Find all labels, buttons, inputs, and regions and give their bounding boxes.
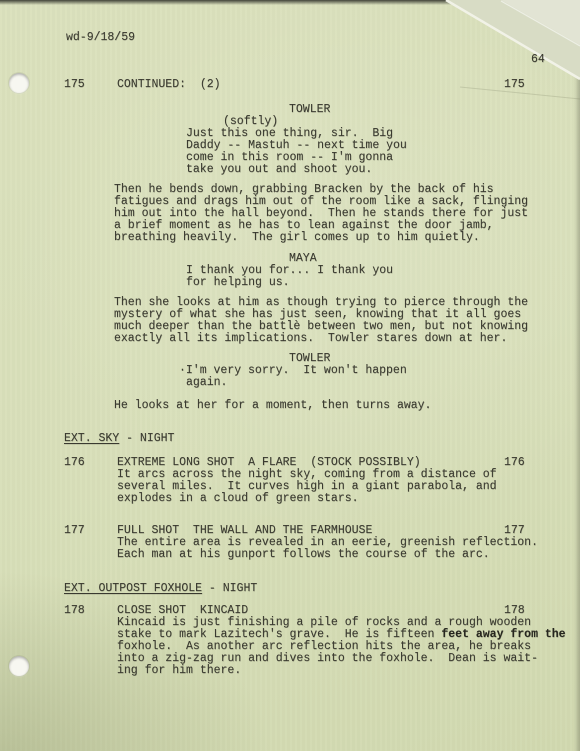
shot-description-line: ing for him there. xyxy=(117,665,241,677)
scene-heading-rest: - NIGHT xyxy=(119,432,174,445)
page-corner-fold xyxy=(0,0,580,120)
scene-number-left: 176 xyxy=(64,457,85,469)
action-line: He looks at her for a moment, then turns… xyxy=(114,400,431,412)
scene-heading-sky: EXT. SKY - NIGHT xyxy=(64,433,174,445)
continued-scene-number-left: 175 xyxy=(64,79,85,91)
shot-description-line: Each man at his gunport follows the cour… xyxy=(117,549,490,561)
action-line: exactly all its implications. Towler sta… xyxy=(114,333,507,345)
shot-description-line: explodes in a cloud of green stars. xyxy=(117,493,359,505)
script-page: wd-9/18/59 64 175 CONTINUED: (2) 175 TOW… xyxy=(0,0,580,751)
scene-heading-underlined: EXT. SKY xyxy=(64,432,119,445)
action-line: breathing heavily. The girl comes up to … xyxy=(114,232,480,244)
dialogue-line: take you out and shoot you. xyxy=(186,164,372,176)
dialogue-line: for helping us. xyxy=(186,277,290,289)
page-number: 64 xyxy=(531,54,545,66)
scene-number-left: 177 xyxy=(64,525,85,537)
character-name: TOWLER xyxy=(289,104,330,116)
scene-heading-underlined: EXT. OUTPOST FOXHOLE xyxy=(64,582,202,595)
continued-scene-number-right: 175 xyxy=(504,79,525,91)
hole-punch-bottom xyxy=(9,656,29,676)
scene-number-left: 178 xyxy=(64,605,85,617)
scene-heading-foxhole: EXT. OUTPOST FOXHOLE - NIGHT xyxy=(64,583,257,595)
continued-label: CONTINUED: (2) xyxy=(117,79,221,91)
date-code: wd-9/18/59 xyxy=(66,32,135,44)
hole-punch-top xyxy=(9,73,29,93)
dialogue-line: again. xyxy=(186,377,227,389)
scene-number-right: 176 xyxy=(504,457,525,469)
scene-heading-rest: - NIGHT xyxy=(202,582,257,595)
